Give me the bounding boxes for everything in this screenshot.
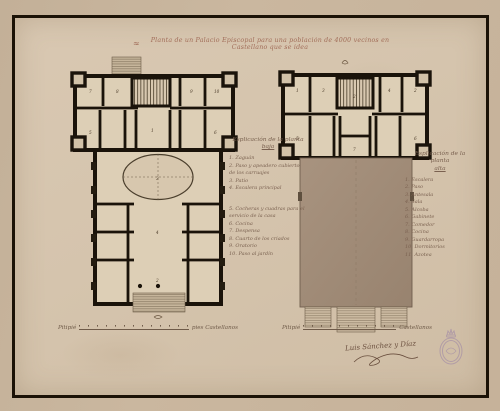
- scale-rule: [303, 324, 396, 330]
- main-staircase: [337, 78, 373, 108]
- upper-floor-legend: Esplicación de la planta alta 1. Escaler…: [405, 151, 475, 259]
- legend-item: 5. Alcoba: [405, 207, 475, 215]
- svg-text:7: 7: [353, 147, 356, 152]
- ground-floor-legend: Esplicación de la planta baja 1. Zaguán …: [229, 137, 307, 258]
- legend-item: 9. Guardarropa: [405, 237, 475, 245]
- svg-text:3: 3: [156, 176, 159, 181]
- legend-item: 8. Cocina: [405, 229, 475, 237]
- legend-item: 2. Paso: [405, 184, 475, 192]
- legend-list: 1. Escalera 2. Paso 3. Antesala 4. Sala …: [405, 177, 475, 260]
- legend-item: 7. Despensa: [229, 228, 307, 236]
- legend-header: Esplicación de la planta: [229, 137, 307, 144]
- legend-item: 5. Cocheras y cuadras para el servicio d…: [229, 206, 307, 221]
- legend-item: 3. Antesala: [405, 192, 475, 200]
- legend-item: 4. Sala: [405, 199, 475, 207]
- legend-item: 6. Cocina: [229, 221, 307, 229]
- legend-item: 10. Dormitorios: [405, 244, 475, 252]
- signature-flourish: [350, 350, 420, 370]
- scale-bar-upper: Pitipié Castellanos: [282, 324, 432, 331]
- legend-item: 4. Escalera principal: [229, 185, 307, 193]
- legend-item: 3. Patio: [229, 178, 307, 186]
- main-staircase: [132, 78, 170, 106]
- ink-mark: [154, 316, 162, 319]
- svg-text:10: 10: [214, 89, 220, 94]
- legend-item: 1. Zaguán: [229, 155, 307, 163]
- legend-header-floor: baja: [229, 144, 307, 151]
- svg-text:9: 9: [190, 89, 193, 94]
- legend-item: 11. Azotea: [405, 252, 475, 260]
- svg-text:2: 2: [413, 88, 417, 93]
- svg-text:4: 4: [155, 230, 159, 235]
- svg-text:3: 3: [322, 88, 325, 93]
- svg-text:2: 2: [352, 94, 356, 99]
- svg-text:1: 1: [151, 128, 154, 133]
- crowned-academy-stamp: [436, 326, 466, 368]
- svg-text:5: 5: [89, 130, 92, 135]
- scale-rule: [79, 324, 189, 330]
- svg-text:8: 8: [116, 89, 119, 94]
- scale-label-right: pies Castellanos: [192, 325, 238, 331]
- svg-text:6: 6: [414, 136, 417, 141]
- drawing-title: Planta de un Palacio Episcopal para una …: [150, 37, 390, 51]
- legend-header-floor: alta: [405, 166, 475, 173]
- legend-header: Esplicación de la planta: [405, 151, 475, 166]
- scale-label-left: Pitipié: [58, 325, 76, 331]
- scale-label-left: Pitipié: [282, 325, 300, 331]
- legend-item: 9. Oratorio: [229, 243, 307, 251]
- ground-floor-plan: 7 8 9 10 5 6 1 3 4 2: [70, 54, 238, 322]
- legend-item: 8. Cuarto de los criados: [229, 236, 307, 244]
- bottom-steps: [133, 293, 185, 312]
- legend-list: 1. Zaguán 2. Paso y apeadero cubierto de…: [229, 155, 307, 258]
- legend-item: 6. Gabinete: [405, 214, 475, 222]
- svg-text:4: 4: [387, 88, 391, 93]
- ink-mark: ≈: [133, 39, 140, 48]
- legend-item: 1. Escalera: [405, 177, 475, 185]
- svg-text:7: 7: [89, 89, 92, 94]
- scale-label-right: Castellanos: [399, 325, 432, 331]
- scanned-architectural-drawing: ≈ Planta de un Palacio Episcopal para un…: [0, 0, 500, 411]
- legend-item: 7. Comedor: [405, 222, 475, 230]
- svg-text:1: 1: [296, 88, 299, 93]
- legend-item: 10. Paso al jardín: [229, 251, 307, 259]
- svg-text:6: 6: [214, 130, 217, 135]
- legend-item: 2. Paso y apeadero cubierto de los carru…: [229, 163, 307, 178]
- north-mark: [342, 61, 348, 65]
- scale-bar-ground: Pitipié pies Castellanos: [58, 324, 238, 331]
- svg-text:2: 2: [155, 278, 159, 283]
